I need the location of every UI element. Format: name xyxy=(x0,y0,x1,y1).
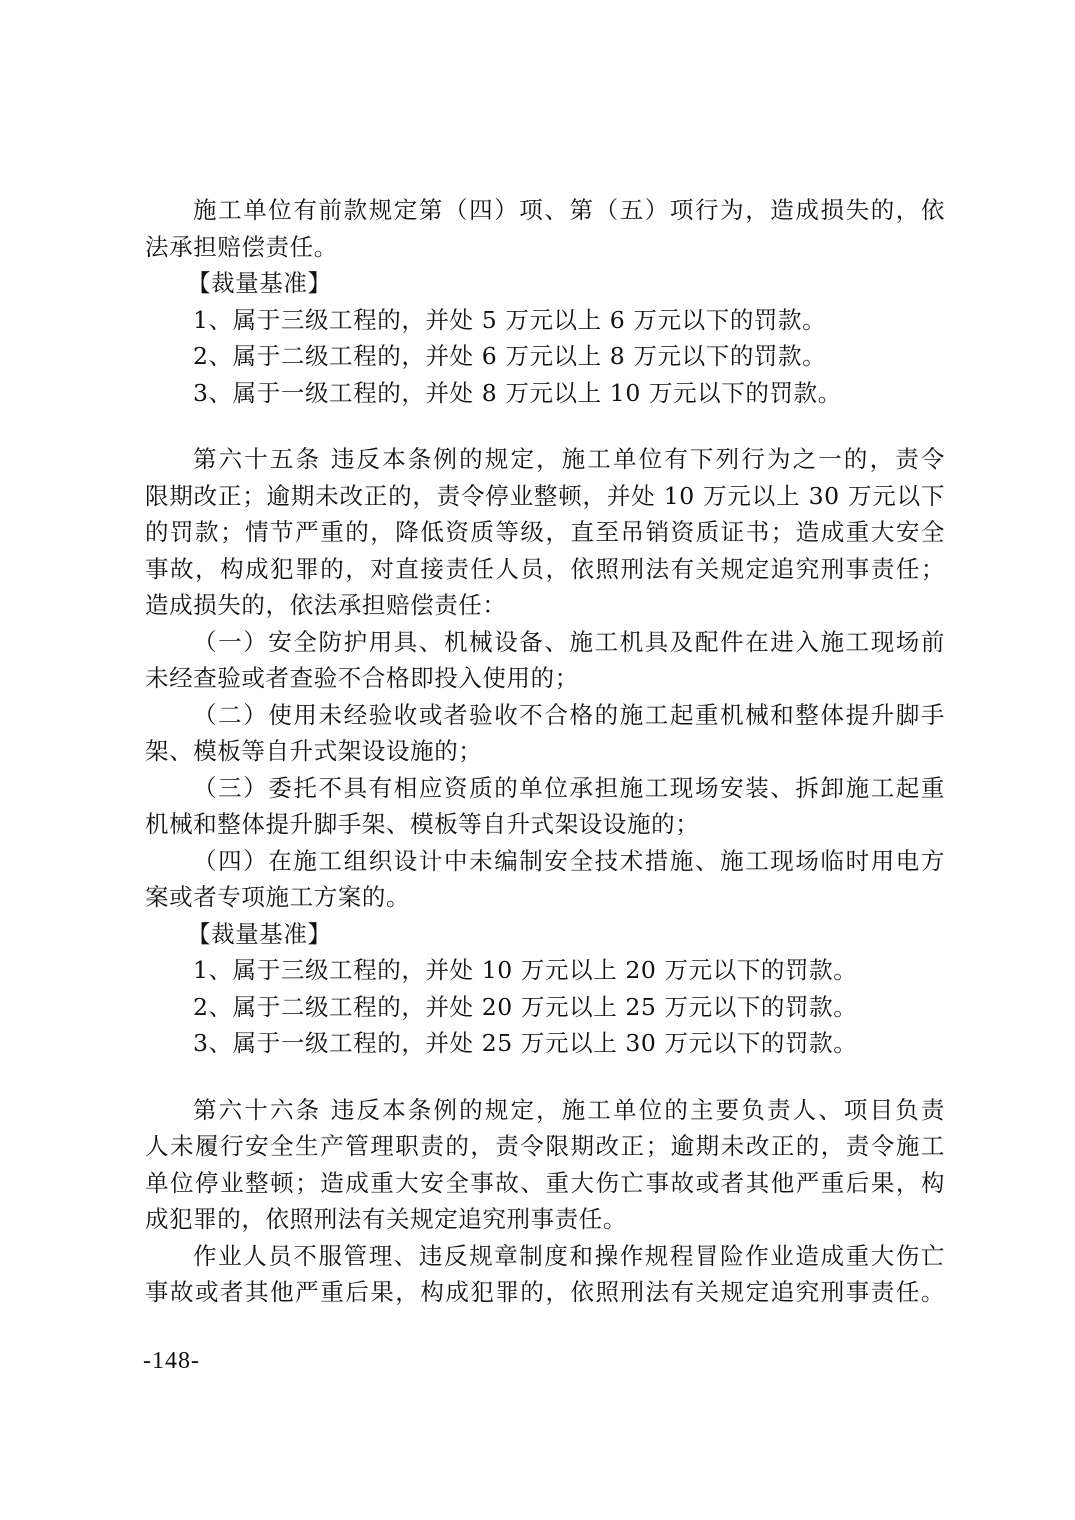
text-line: 施工单位有前款规定第（四）项、第（五）项行为，造成损失的，依 xyxy=(145,192,945,229)
document-page: 施工单位有前款规定第（四）项、第（五）项行为，造成损失的，依 法承担赔偿责任。 … xyxy=(145,192,945,1311)
text-line: （四）在施工组织设计中未编制安全技术措施、施工现场临时用电方 xyxy=(145,843,945,880)
article-66: 第六十六条 违反本条例的规定，施工单位的主要负责人、项目负责 人未履行安全生产管… xyxy=(145,1092,945,1238)
list-item: 3、属于一级工程的，并处 8 万元以上 10 万元以下的罚款。 xyxy=(145,375,945,412)
discretion-standard-heading: 【裁量基准】 xyxy=(145,265,945,302)
list-item: 1、属于三级工程的，并处 5 万元以上 6 万元以下的罚款。 xyxy=(145,302,945,339)
text-line: 机械和整体提升脚手架、模板等自升式架设设施的； xyxy=(145,806,945,843)
text-line: 事故或者其他严重后果，构成犯罪的，依照刑法有关规定追究刑事责任。 xyxy=(145,1274,945,1311)
penalty-list: 1、属于三级工程的，并处 10 万元以上 20 万元以下的罚款。 2、属于二级工… xyxy=(145,952,945,1062)
clause-2: （二）使用未经验收或者验收不合格的施工起重机械和整体提升脚手 架、模板等自升式架… xyxy=(145,697,945,770)
penalty-list: 1、属于三级工程的，并处 5 万元以上 6 万元以下的罚款。 2、属于二级工程的… xyxy=(145,302,945,412)
article-65-clauses: （一）安全防护用具、机械设备、施工机具及配件在进入施工现场前 未经查验或者查验不… xyxy=(145,624,945,916)
paragraph-workers: 作业人员不服管理、违反规章制度和操作规程冒险作业造成重大伤亡 事故或者其他严重后… xyxy=(145,1238,945,1311)
text-line: 事故，构成犯罪的，对直接责任人员，依照刑法有关规定追究刑事责任； xyxy=(145,551,945,588)
text-line: 单位停业整顿；造成重大安全事故、重大伤亡事故或者其他严重后果，构 xyxy=(145,1165,945,1202)
page-number: -148- xyxy=(143,1348,200,1375)
text-line: 限期改正；逾期未改正的，责令停业整顿，并处 10 万元以上 30 万元以下 xyxy=(145,478,945,515)
text-line: 第六十五条 违反本条例的规定，施工单位有下列行为之一的，责令 xyxy=(145,441,945,478)
text-line: （一）安全防护用具、机械设备、施工机具及配件在进入施工现场前 xyxy=(145,624,945,661)
text-line: 造成损失的，依法承担赔偿责任： xyxy=(145,587,945,624)
text-line: （二）使用未经验收或者验收不合格的施工起重机械和整体提升脚手 xyxy=(145,697,945,734)
article-65: 第六十五条 违反本条例的规定，施工单位有下列行为之一的，责令 限期改正；逾期未改… xyxy=(145,441,945,624)
paragraph-compensation: 施工单位有前款规定第（四）项、第（五）项行为，造成损失的，依 法承担赔偿责任。 xyxy=(145,192,945,265)
text-line: 的罚款；情节严重的，降低资质等级，直至吊销资质证书；造成重大安全 xyxy=(145,514,945,551)
discretion-standard-heading: 【裁量基准】 xyxy=(145,916,945,953)
text-line: 未经查验或者查验不合格即投入使用的； xyxy=(145,660,945,697)
clause-1: （一）安全防护用具、机械设备、施工机具及配件在进入施工现场前 未经查验或者查验不… xyxy=(145,624,945,697)
text-line: 第六十六条 违反本条例的规定，施工单位的主要负责人、项目负责 xyxy=(145,1092,945,1129)
list-item: 2、属于二级工程的，并处 20 万元以上 25 万元以下的罚款。 xyxy=(145,989,945,1026)
text-line: 作业人员不服管理、违反规章制度和操作规程冒险作业造成重大伤亡 xyxy=(145,1238,945,1275)
text-line: 法承担赔偿责任。 xyxy=(145,229,945,266)
list-item: 1、属于三级工程的，并处 10 万元以上 20 万元以下的罚款。 xyxy=(145,952,945,989)
text-line: 架、模板等自升式架设设施的； xyxy=(145,733,945,770)
clause-3: （三）委托不具有相应资质的单位承担施工现场安装、拆卸施工起重 机械和整体提升脚手… xyxy=(145,770,945,843)
clause-4: （四）在施工组织设计中未编制安全技术措施、施工现场临时用电方 案或者专项施工方案… xyxy=(145,843,945,916)
text-line: 成犯罪的，依照刑法有关规定追究刑事责任。 xyxy=(145,1201,945,1238)
text-line: 人未履行安全生产管理职责的，责令限期改正；逾期未改正的，责令施工 xyxy=(145,1128,945,1165)
list-item: 3、属于一级工程的，并处 25 万元以上 30 万元以下的罚款。 xyxy=(145,1025,945,1062)
list-item: 2、属于二级工程的，并处 6 万元以上 8 万元以下的罚款。 xyxy=(145,338,945,375)
text-line: 案或者专项施工方案的。 xyxy=(145,879,945,916)
text-line: （三）委托不具有相应资质的单位承担施工现场安装、拆卸施工起重 xyxy=(145,770,945,807)
